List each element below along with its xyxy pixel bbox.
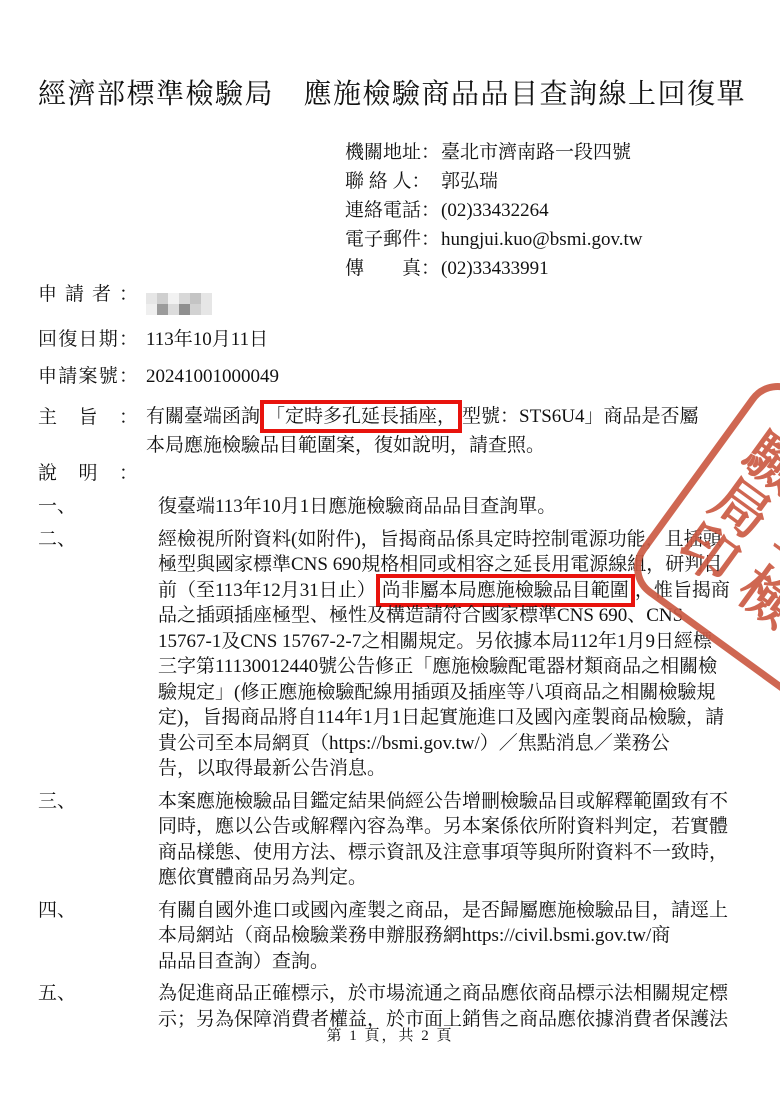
contact-block: 機關地址：臺北市濟南路一段四號 聯 絡 人：郭弘瑞 連絡電話：(02)33432…	[345, 138, 780, 283]
case-number-label: 申請案號：	[38, 365, 138, 389]
item-3-text: 本案應施檢驗品目鑑定結果倘經公告增刪檢驗品目或解釋範圍致有不 同時，應以公告或解…	[158, 789, 746, 891]
item-2-text-post: ，惟旨揭商 品之插頭插座極型、極性及構造請符合國家標準CNS 690、CNS 1…	[158, 580, 730, 780]
contact-row-phone: 連絡電話：(02)33432264	[345, 196, 780, 225]
subject-row: 主旨： 有關臺端函詢「定時多孔延長插座，型號：STS6U4」商品是否屬 本局應施…	[38, 402, 780, 460]
page-number-footer: 第 1 頁，共 2 頁	[0, 1024, 780, 1045]
list-item-2: 二、 經檢視所附資料(如附件)，旨揭商品係具定時控制電源功能，且插頭 極型與國家…	[38, 527, 780, 782]
subject-label: 主旨：	[38, 402, 138, 460]
meta-block: 申請者： 回復日期：113年10月11日 申請案號：20241001000049	[38, 283, 780, 389]
explanation-label: 說明：	[38, 462, 138, 486]
contact-row-email: 電子郵件：hungjui.kuo@bsmi.gov.tw	[345, 225, 780, 254]
item-2-number: 二、	[38, 527, 158, 782]
reply-date-label: 回復日期：	[38, 328, 138, 352]
contact-phone-label: 連絡電話：	[345, 196, 441, 225]
page-title: 經濟部標準檢驗局 應施檢驗商品品目查詢線上回復單	[38, 78, 780, 112]
highlight-box-scope: 尚非屬本局應施檢驗品目範圍	[376, 574, 635, 607]
explanation-row: 說明：	[38, 462, 780, 486]
contact-address-label: 機關地址：	[345, 138, 441, 167]
contact-row-fax: 傳 真：(02)33433991	[345, 254, 780, 283]
item-1-number: 一、	[38, 494, 158, 520]
applicant-label: 申請者：	[38, 283, 138, 307]
case-number-value: 20241001000049	[146, 366, 279, 387]
applicant-row: 申請者：	[38, 283, 780, 315]
reply-date-row: 回復日期：113年10月11日	[38, 328, 780, 352]
contact-row-address: 機關地址：臺北市濟南路一段四號	[345, 138, 780, 167]
contact-phone-value: (02)33432264	[441, 200, 549, 221]
contact-fax-value: (02)33433991	[441, 258, 549, 279]
item-1-text: 復臺端113年10月1日應施檢驗商品品目查詢單。	[158, 494, 746, 520]
document-page: 經濟部標準檢驗局 應施檢驗商品品目查詢線上回復單 機關地址：臺北市濟南路一段四號…	[0, 0, 780, 1106]
contact-person-value: 郭弘瑞	[441, 171, 498, 192]
contact-email-label: 電子郵件：	[345, 225, 441, 254]
reply-date-value: 113年10月11日	[146, 329, 268, 350]
applicant-redacted-value	[146, 293, 212, 315]
list-item-1: 一、 復臺端113年10月1日應施檢驗商品品目查詢單。	[38, 494, 780, 520]
subject-text: 有關臺端函詢「定時多孔延長插座，型號：STS6U4」商品是否屬 本局應施檢驗品目…	[146, 402, 746, 460]
contact-person-label: 聯 絡 人：	[345, 167, 441, 196]
list-item-4: 四、 有關自國外進口或國內產製之商品，是否歸屬應施檢驗品目，請逕上 本局網站（商…	[38, 898, 780, 975]
list-item-3: 三、 本案應施檢驗品目鑑定結果倘經公告增刪檢驗品目或解釋範圍致有不 同時，應以公…	[38, 789, 780, 891]
item-2-text: 經檢視所附資料(如附件)，旨揭商品係具定時控制電源功能，且插頭 極型與國家標準C…	[158, 527, 746, 782]
contact-email-value: hungjui.kuo@bsmi.gov.tw	[441, 229, 643, 250]
contact-fax-label: 傳 真：	[345, 254, 441, 283]
highlight-box-subject: 「定時多孔延長插座，	[260, 400, 462, 433]
item-4-text: 有關自國外進口或國內產製之商品，是否歸屬應施檢驗品目，請逕上 本局網站（商品檢驗…	[158, 898, 746, 975]
contact-row-person: 聯 絡 人：郭弘瑞	[345, 167, 780, 196]
case-number-row: 申請案號：20241001000049	[38, 365, 780, 389]
subject-text-pre: 有關臺端函詢	[146, 406, 260, 427]
contact-address-value: 臺北市濟南路一段四號	[441, 142, 631, 163]
item-3-number: 三、	[38, 789, 158, 891]
item-4-number: 四、	[38, 898, 158, 975]
items-list: 一、 復臺端113年10月1日應施檢驗商品品目查詢單。 二、 經檢視所附資料(如…	[38, 494, 780, 1032]
